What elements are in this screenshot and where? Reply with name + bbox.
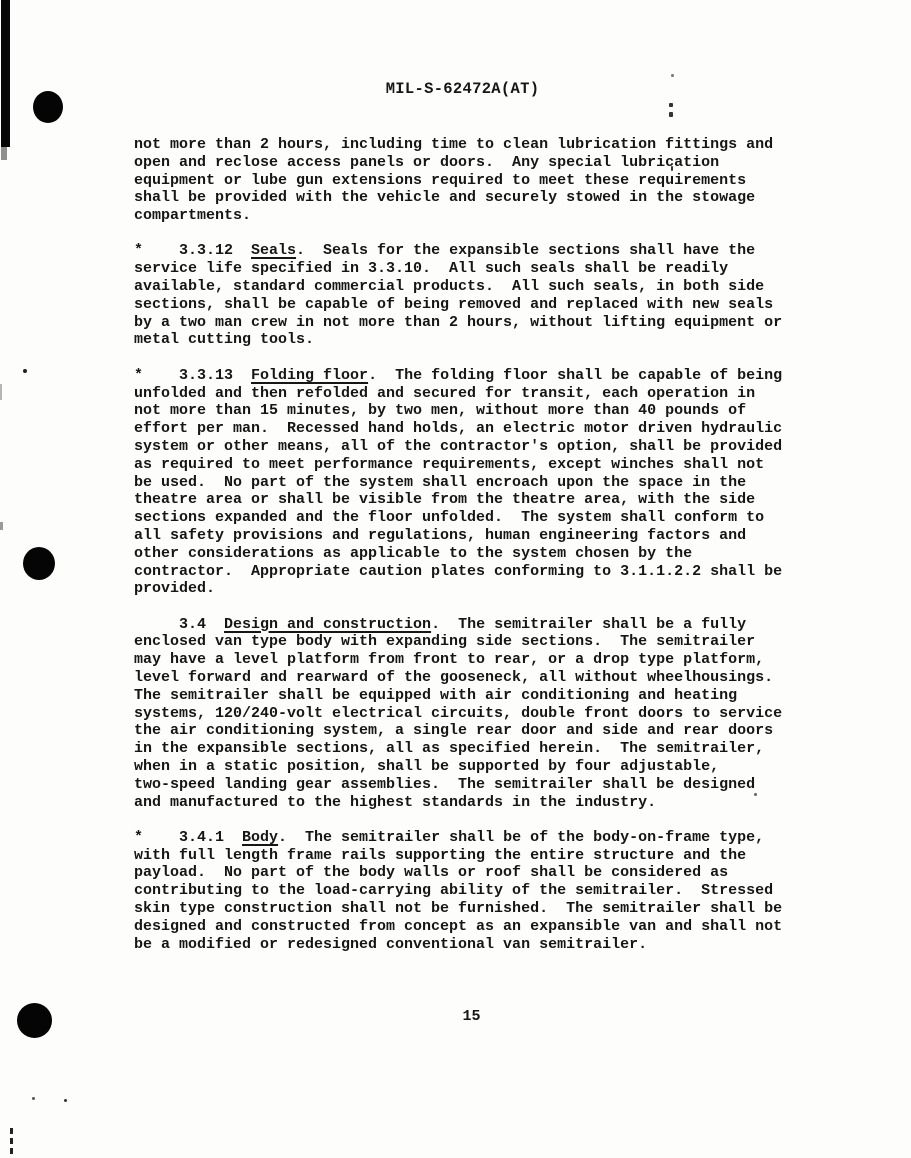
bottom-left-dash-icon bbox=[10, 1128, 13, 1154]
hole-punch-top-icon bbox=[33, 91, 63, 123]
doc-number-header: MIL-S-62472A(AT) bbox=[134, 80, 791, 98]
left-edge-faint-mark-icon bbox=[0, 384, 2, 400]
hole-punch-bottom-icon bbox=[17, 1003, 52, 1038]
underlined-heading-text: Body bbox=[242, 829, 278, 846]
paragraph-text: * 3.4.1 bbox=[134, 829, 242, 846]
scan-speck-left-margin-icon bbox=[23, 369, 27, 373]
document-page: MIL-S-62472A(AT) not more than 2 hours, … bbox=[0, 0, 911, 1158]
scan-speck-bottom-left-a-icon bbox=[32, 1097, 35, 1100]
underlined-heading-text: Seals bbox=[251, 242, 296, 259]
paragraph-text: . The folding floor shall be capable of … bbox=[134, 367, 782, 598]
para-3-3-13-folding-floor: * 3.3.13 Folding floor. The folding floo… bbox=[134, 367, 834, 598]
para-3-3-12-seals: * 3.3.12 Seals. Seals for the expansible… bbox=[134, 242, 834, 349]
paragraph-text: * 3.3.12 bbox=[134, 242, 251, 259]
scan-speck-colon-lower-icon bbox=[669, 112, 673, 117]
left-edge-faint-mark2-icon bbox=[0, 522, 3, 530]
paragraph-text: 3.4 bbox=[134, 616, 224, 633]
left-edge-scan-bar-tail-icon bbox=[1, 147, 7, 160]
para-3-4-1-body: * 3.4.1 Body. The semitrailer shall be o… bbox=[134, 829, 834, 954]
scan-speck-bottom-left-b-icon bbox=[64, 1099, 67, 1102]
body-text: not more than 2 hours, including time to… bbox=[134, 136, 834, 971]
underlined-heading-text: Folding floor bbox=[251, 367, 368, 384]
underlined-heading-text: Design and construction bbox=[224, 616, 431, 633]
paragraph-text: . The semitrailer shall be a fully enclo… bbox=[134, 616, 782, 811]
scan-speck-colon-upper-icon bbox=[669, 103, 673, 107]
left-edge-scan-bar-icon bbox=[1, 0, 10, 147]
paragraph-text: . The semitrailer shall be of the body-o… bbox=[134, 829, 782, 953]
scan-speck-top-right-icon bbox=[671, 74, 674, 77]
paragraph-text: not more than 2 hours, including time to… bbox=[134, 136, 773, 224]
page-number: 15 bbox=[134, 1008, 791, 1025]
hole-punch-middle-icon bbox=[23, 547, 55, 580]
paragraph-text: * 3.3.13 bbox=[134, 367, 251, 384]
para-3-4-design-and-construction: 3.4 Design and construction. The semitra… bbox=[134, 616, 834, 812]
para-lubrication-continuation: not more than 2 hours, including time to… bbox=[134, 136, 834, 225]
